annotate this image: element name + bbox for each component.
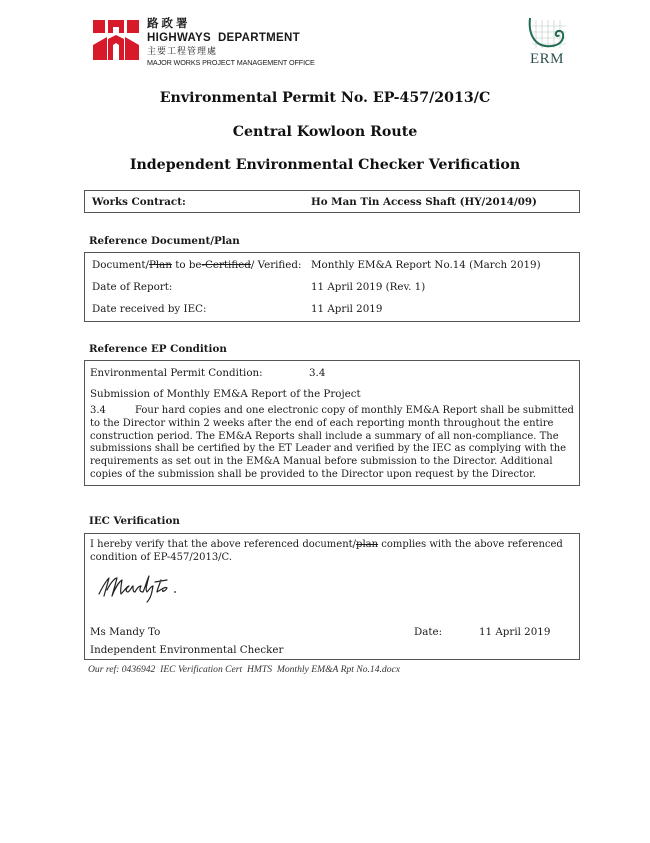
signature-date-label: Date: xyxy=(414,626,442,638)
ep-condition-subject: Submission of Monthly EM&A Report of the… xyxy=(90,388,361,400)
document-label-part: Document/ xyxy=(92,259,149,271)
works-contract-box: Works Contract: Ho Man Tin Access Shaft … xyxy=(84,190,580,213)
works-contract-value: Ho Man Tin Access Shaft (HY/2014/09) xyxy=(311,196,537,208)
iec-verification-box: I hereby verify that the above reference… xyxy=(84,533,580,660)
iec-verification-heading: IEC Verification xyxy=(89,515,180,527)
permit-title: Environmental Permit No. EP-457/2013/C xyxy=(0,90,650,106)
document-title: Independent Environmental Checker Verifi… xyxy=(0,157,650,173)
document-value: Monthly EM&A Report No.14 (March 2019) xyxy=(311,259,541,271)
struck-plan-text: plan xyxy=(356,539,378,550)
clause-number: 3.4 xyxy=(90,405,135,418)
handwritten-signature-icon xyxy=(95,572,205,606)
date-of-report-label: Date of Report: xyxy=(92,281,172,293)
our-reference: Our ref: 0436942 IEC Verification Cert H… xyxy=(88,664,400,675)
date-received-label: Date received by IEC: xyxy=(92,303,206,315)
erm-wordmark: ERM xyxy=(525,51,569,68)
document-label-part: / Verified: xyxy=(251,259,302,271)
reference-ep-condition-heading: Reference EP Condition xyxy=(89,343,227,355)
reference-document-box: Document/Plan to be-Certified/ Verified:… xyxy=(84,252,580,322)
department-name-chinese: 路政署 xyxy=(147,19,315,31)
signer-name: Ms Mandy To xyxy=(90,626,160,638)
works-contract-label: Works Contract: xyxy=(92,196,186,208)
document-label: Document/Plan to be-Certified/ Verified: xyxy=(92,259,301,271)
department-name-english: HIGHWAYS DEPARTMENT xyxy=(147,33,315,45)
date-received-value: 11 April 2019 xyxy=(311,303,382,315)
reference-ep-condition-box: Environmental Permit Condition: 3.4 Subm… xyxy=(84,360,580,486)
reference-document-heading: Reference Document/Plan xyxy=(89,235,240,247)
highways-department-wordmark: 路政署 HIGHWAYS DEPARTMENT 主要工程管理處 MAJOR WO… xyxy=(147,19,315,66)
ep-condition-label: Environmental Permit Condition: xyxy=(90,367,263,379)
struck-certified-text: -Certified xyxy=(202,259,251,271)
ep-condition-clause: 3.4Four hard copies and one electronic c… xyxy=(90,405,576,482)
highways-department-logo-icon xyxy=(93,19,139,61)
document-label-part: to be xyxy=(172,259,202,271)
signer-role: Independent Environmental Checker xyxy=(90,644,283,656)
date-of-report-value: 11 April 2019 (Rev. 1) xyxy=(311,281,425,293)
ep-condition-value: 3.4 xyxy=(309,367,325,379)
erm-logo-icon xyxy=(526,16,568,50)
verification-statement: I hereby verify that the above reference… xyxy=(90,539,576,565)
project-title: Central Kowloon Route xyxy=(0,124,650,140)
clause-text: Four hard copies and one electronic copy… xyxy=(90,405,574,480)
office-name-chinese: 主要工程管理處 xyxy=(147,47,315,56)
statement-part: I hereby verify that the above reference… xyxy=(90,539,356,550)
signature-date-value: 11 April 2019 xyxy=(479,626,550,638)
office-name-english: MAJOR WORKS PROJECT MANAGEMENT OFFICE xyxy=(147,59,315,66)
struck-plan-text: Plan xyxy=(149,259,172,271)
